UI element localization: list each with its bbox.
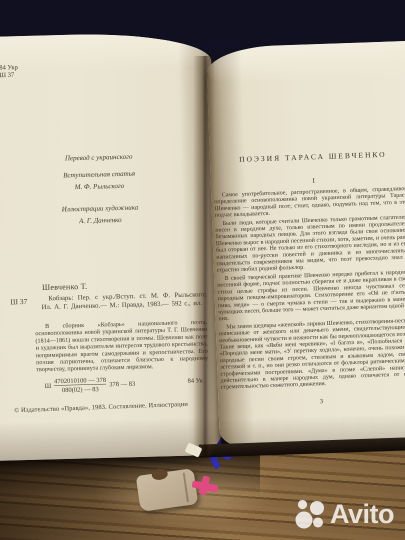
intro-credit-line1: Вступительная статья [0,168,214,182]
section-number: I [211,174,405,189]
print-code-denominator: 080(02) — 83 [54,384,106,394]
body-paragraph: В своей творческой практике Шевченко нер… [217,268,405,322]
bibliography: Кобзарь: Пер. с укр./Вступ. ст. М. Ф. Ры… [41,290,206,311]
library-code: 84 Укр Ш 37 [0,63,18,78]
body-paragraph: Были люди, которые считали Шевченко толь… [215,213,405,273]
right-page: ПОЭЗИЯ ТАРАСА ШЕВЧЕНКО I Самое употребит… [206,41,405,448]
left-page: 84 Укр Ш 37 Перевод с украинского Вступи… [0,31,222,461]
illustrations-credit-line1: Иллюстрации художника [0,202,215,216]
library-code-line2: Ш 37 [0,71,14,79]
chapter-title: ПОЭЗИЯ ТАРАСА ШЕВЧЕНКО [210,150,405,166]
author-heading: Шевченко Т. [42,282,87,292]
print-code: Ш 4702010100 — 378 080(02) — 83 378 — 83 [44,375,135,394]
index-code: Ш 37 [10,298,27,307]
body-text: Самое употребительное, распространенное,… [214,185,405,392]
print-code-fraction: 4702010100 — 378 080(02) — 83 [54,376,106,394]
print-code-numerator: 4702010100 — 378 [54,376,106,385]
page-gutter-shadow [193,56,215,456]
right-page-content: ПОЭЗИЯ ТАРАСА ШЕВЧЕНКО I Самое употребит… [206,41,405,448]
print-code-prefix: Ш [45,382,52,390]
avito-logo-icon [295,498,325,530]
body-paragraph: Мы знаем шедевры «женской» лирики Шевчен… [219,317,405,391]
translation-note: Перевод с украинского [0,151,214,165]
print-code-suffix: 378 — 83 [109,380,135,389]
left-page-content: 84 Укр Ш 37 Перевод с украинского Вступи… [0,31,222,461]
body-paragraph: Самое употребительное, распространенное,… [214,185,405,219]
page-number: 3 [218,394,405,409]
annotation: В сборник «Кобзарь» национального поэта,… [35,318,208,373]
book-photo: КН 84 Укр Ш 37 Перевод с украинского Вст… [0,0,405,540]
avito-watermark-label: Avito [330,501,394,528]
avito-watermark: Avito [295,498,394,530]
copyright-line: © Издательство «Правда», 1983. Составлен… [14,400,188,414]
intro-credit-line2: М. Ф. Рыльского [0,180,215,194]
illustrations-credit-line2: А. Г. Данченко [0,214,215,228]
library-code-line1: 84 Укр [0,63,18,71]
